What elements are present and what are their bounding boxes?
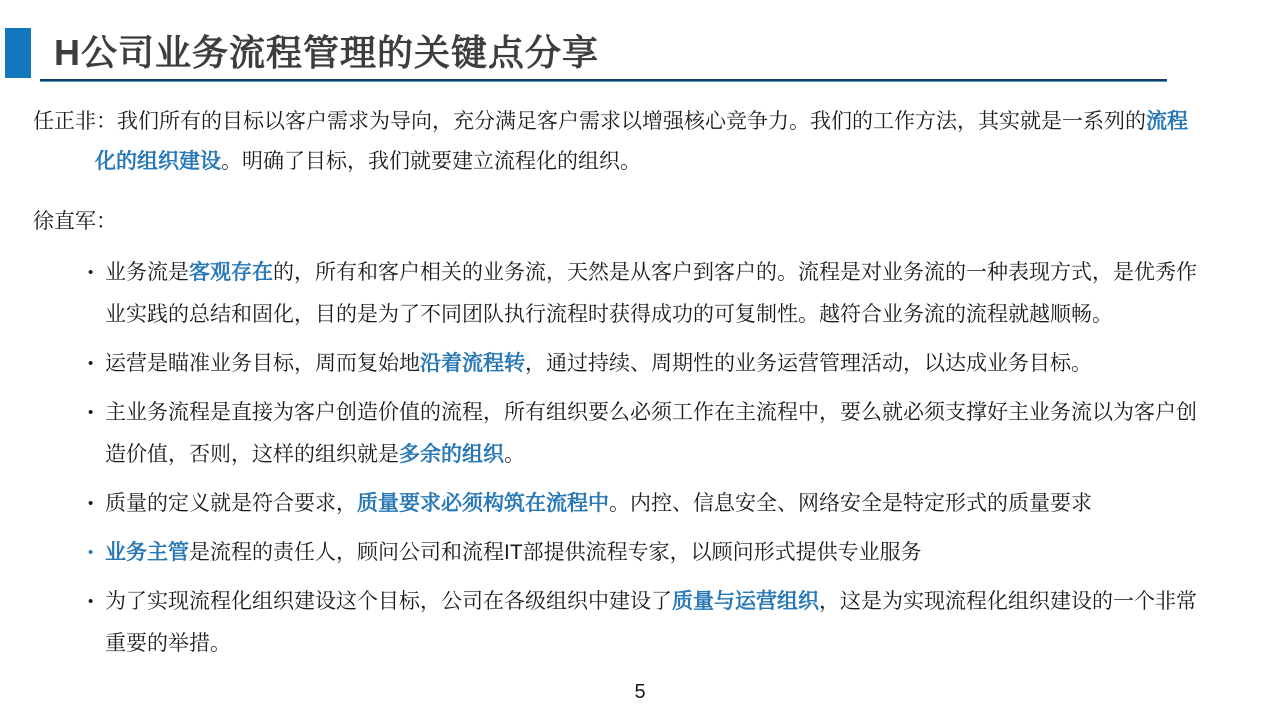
quote-ren-text: 我们所有的目标以客户需求为导向，充分满足客户需求以增强核心竞争力。我们的工作方法… [95,110,1188,173]
bullet-marker: • [88,343,93,385]
title-accent-bar [5,28,31,78]
bullet-marker: • [88,392,93,434]
bullet-text: 为了实现流程化组织建设这个目标，公司在各级组织中建设了质量与运营组织，这是为实现… [105,590,1197,655]
speaker-name-xu: 徐直军： [33,202,1208,242]
bullet-item-4: •质量的定义就是符合要求，质量要求必须构筑在流程中。内控、信息安全、网络安全是特… [88,483,1208,525]
speaker-name-ren: 任正非： [33,110,117,133]
bullet-marker: • [88,252,93,294]
bullet-text: 业务主管是流程的责任人，顾问公司和流程IT部提供流程专家，以顾问形式提供专业服务 [105,541,922,564]
title-underline [40,79,1167,82]
slide-header: H公司业务流程管理的关键点分享 [0,28,599,78]
bullet-text: 质量的定义就是符合要求，质量要求必须构筑在流程中。内控、信息安全、网络安全是特定… [105,492,1092,515]
bullet-item-5: •业务主管是流程的责任人，顾问公司和流程IT部提供流程专家，以顾问形式提供专业服… [88,532,1208,574]
bullet-marker: • [88,581,93,623]
bullet-item-2: •运营是瞄准业务目标，周而复始地沿着流程转，通过持续、周期性的业务运营管理活动，… [88,343,1208,385]
page-number: 5 [0,681,1280,704]
bullet-marker: • [88,483,93,525]
bullet-text: 运营是瞄准业务目标，周而复始地沿着流程转，通过持续、周期性的业务运营管理活动，以… [105,352,1092,375]
page-title: H公司业务流程管理的关键点分享 [54,28,599,78]
bullet-item-3: •主业务流程是直接为客户创造价值的流程，所有组织要么必须工作在主流程中，要么就必… [88,392,1208,476]
bullet-item-6: •为了实现流程化组织建设这个目标，公司在各级组织中建设了质量与运营组织，这是为实… [88,581,1208,665]
quote-ren-zhengfei: 任正非：我们所有的目标以客户需求为导向，充分满足客户需求以增强核心竞争力。我们的… [33,102,1208,182]
bullet-marker: • [88,532,93,574]
bullet-list: •业务流是客观存在的，所有和客户相关的业务流，天然是从客户到客户的。流程是对业务… [33,252,1208,665]
bullet-text: 主业务流程是直接为客户创造价值的流程，所有组织要么必须工作在主流程中，要么就必须… [105,401,1197,466]
bullet-text: 业务流是客观存在的，所有和客户相关的业务流，天然是从客户到客户的。流程是对业务流… [105,261,1197,326]
slide-content: 任正非：我们所有的目标以客户需求为导向，充分满足客户需求以增强核心竞争力。我们的… [33,102,1208,672]
bullet-item-1: •业务流是客观存在的，所有和客户相关的业务流，天然是从客户到客户的。流程是对业务… [88,252,1208,336]
slide: H公司业务流程管理的关键点分享 任正非：我们所有的目标以客户需求为导向，充分满足… [0,0,1280,720]
